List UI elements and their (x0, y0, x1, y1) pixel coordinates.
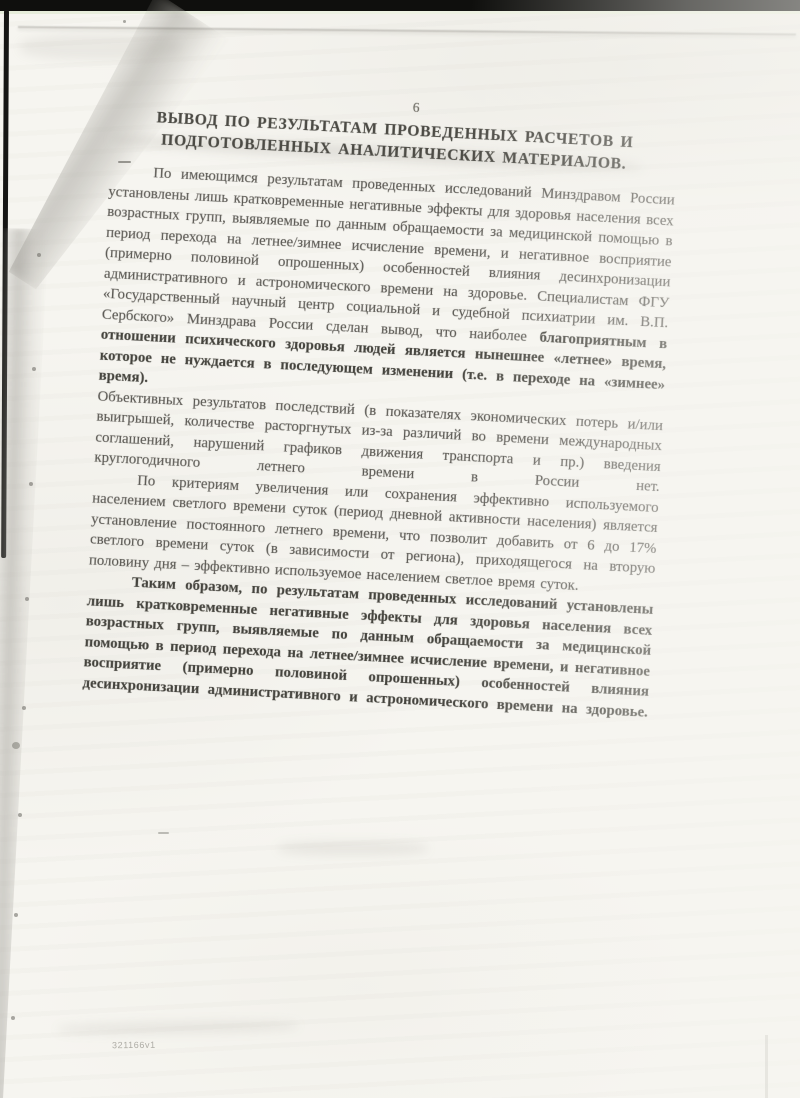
scan-root: 6 ВЫВОД ПО РЕЗУЛЬТАТАМ ПРОВЕДЕННЫХ РАСЧЕ… (0, 0, 800, 1098)
scan-speck (123, 20, 126, 23)
scan-speck (11, 1016, 15, 1020)
scan-speck (22, 706, 26, 710)
scan-speck (32, 367, 36, 371)
document-body: По имеющимся результатам проведенных исс… (82, 161, 675, 723)
page-left-shadow (0, 228, 49, 1098)
document-content: 6 ВЫВОД ПО РЕЗУЛЬТАТАМ ПРОВЕДЕННЫХ РАСЧЕ… (82, 84, 679, 723)
scan-speck (25, 597, 29, 601)
bold-text-segment: Таким образом, по результатам проведенны… (82, 575, 653, 721)
scan-smudge (58, 1020, 298, 1035)
scan-top-tint-line (0, 11, 800, 14)
text-segment: По имеющимся результатам проведенных исс… (102, 165, 676, 345)
page-right-edge (765, 1035, 768, 1098)
scan-speck (18, 813, 22, 817)
scan-smudge (20, 34, 180, 60)
scan-smudge (278, 842, 428, 855)
scan-speck (29, 482, 33, 486)
scan-top-edge (0, 0, 800, 11)
footer-stamp: 321166v1 (112, 1040, 156, 1050)
paragraph: По имеющимся результатам проведенных исс… (98, 161, 675, 416)
scanned-document-page: { "colors": { "paper": "#f6f5f0", "ink":… (0, 0, 800, 1098)
scan-speck (37, 253, 41, 257)
scan-speck (14, 913, 18, 917)
scan-dash-mark (158, 832, 169, 834)
scan-blot (12, 742, 20, 749)
